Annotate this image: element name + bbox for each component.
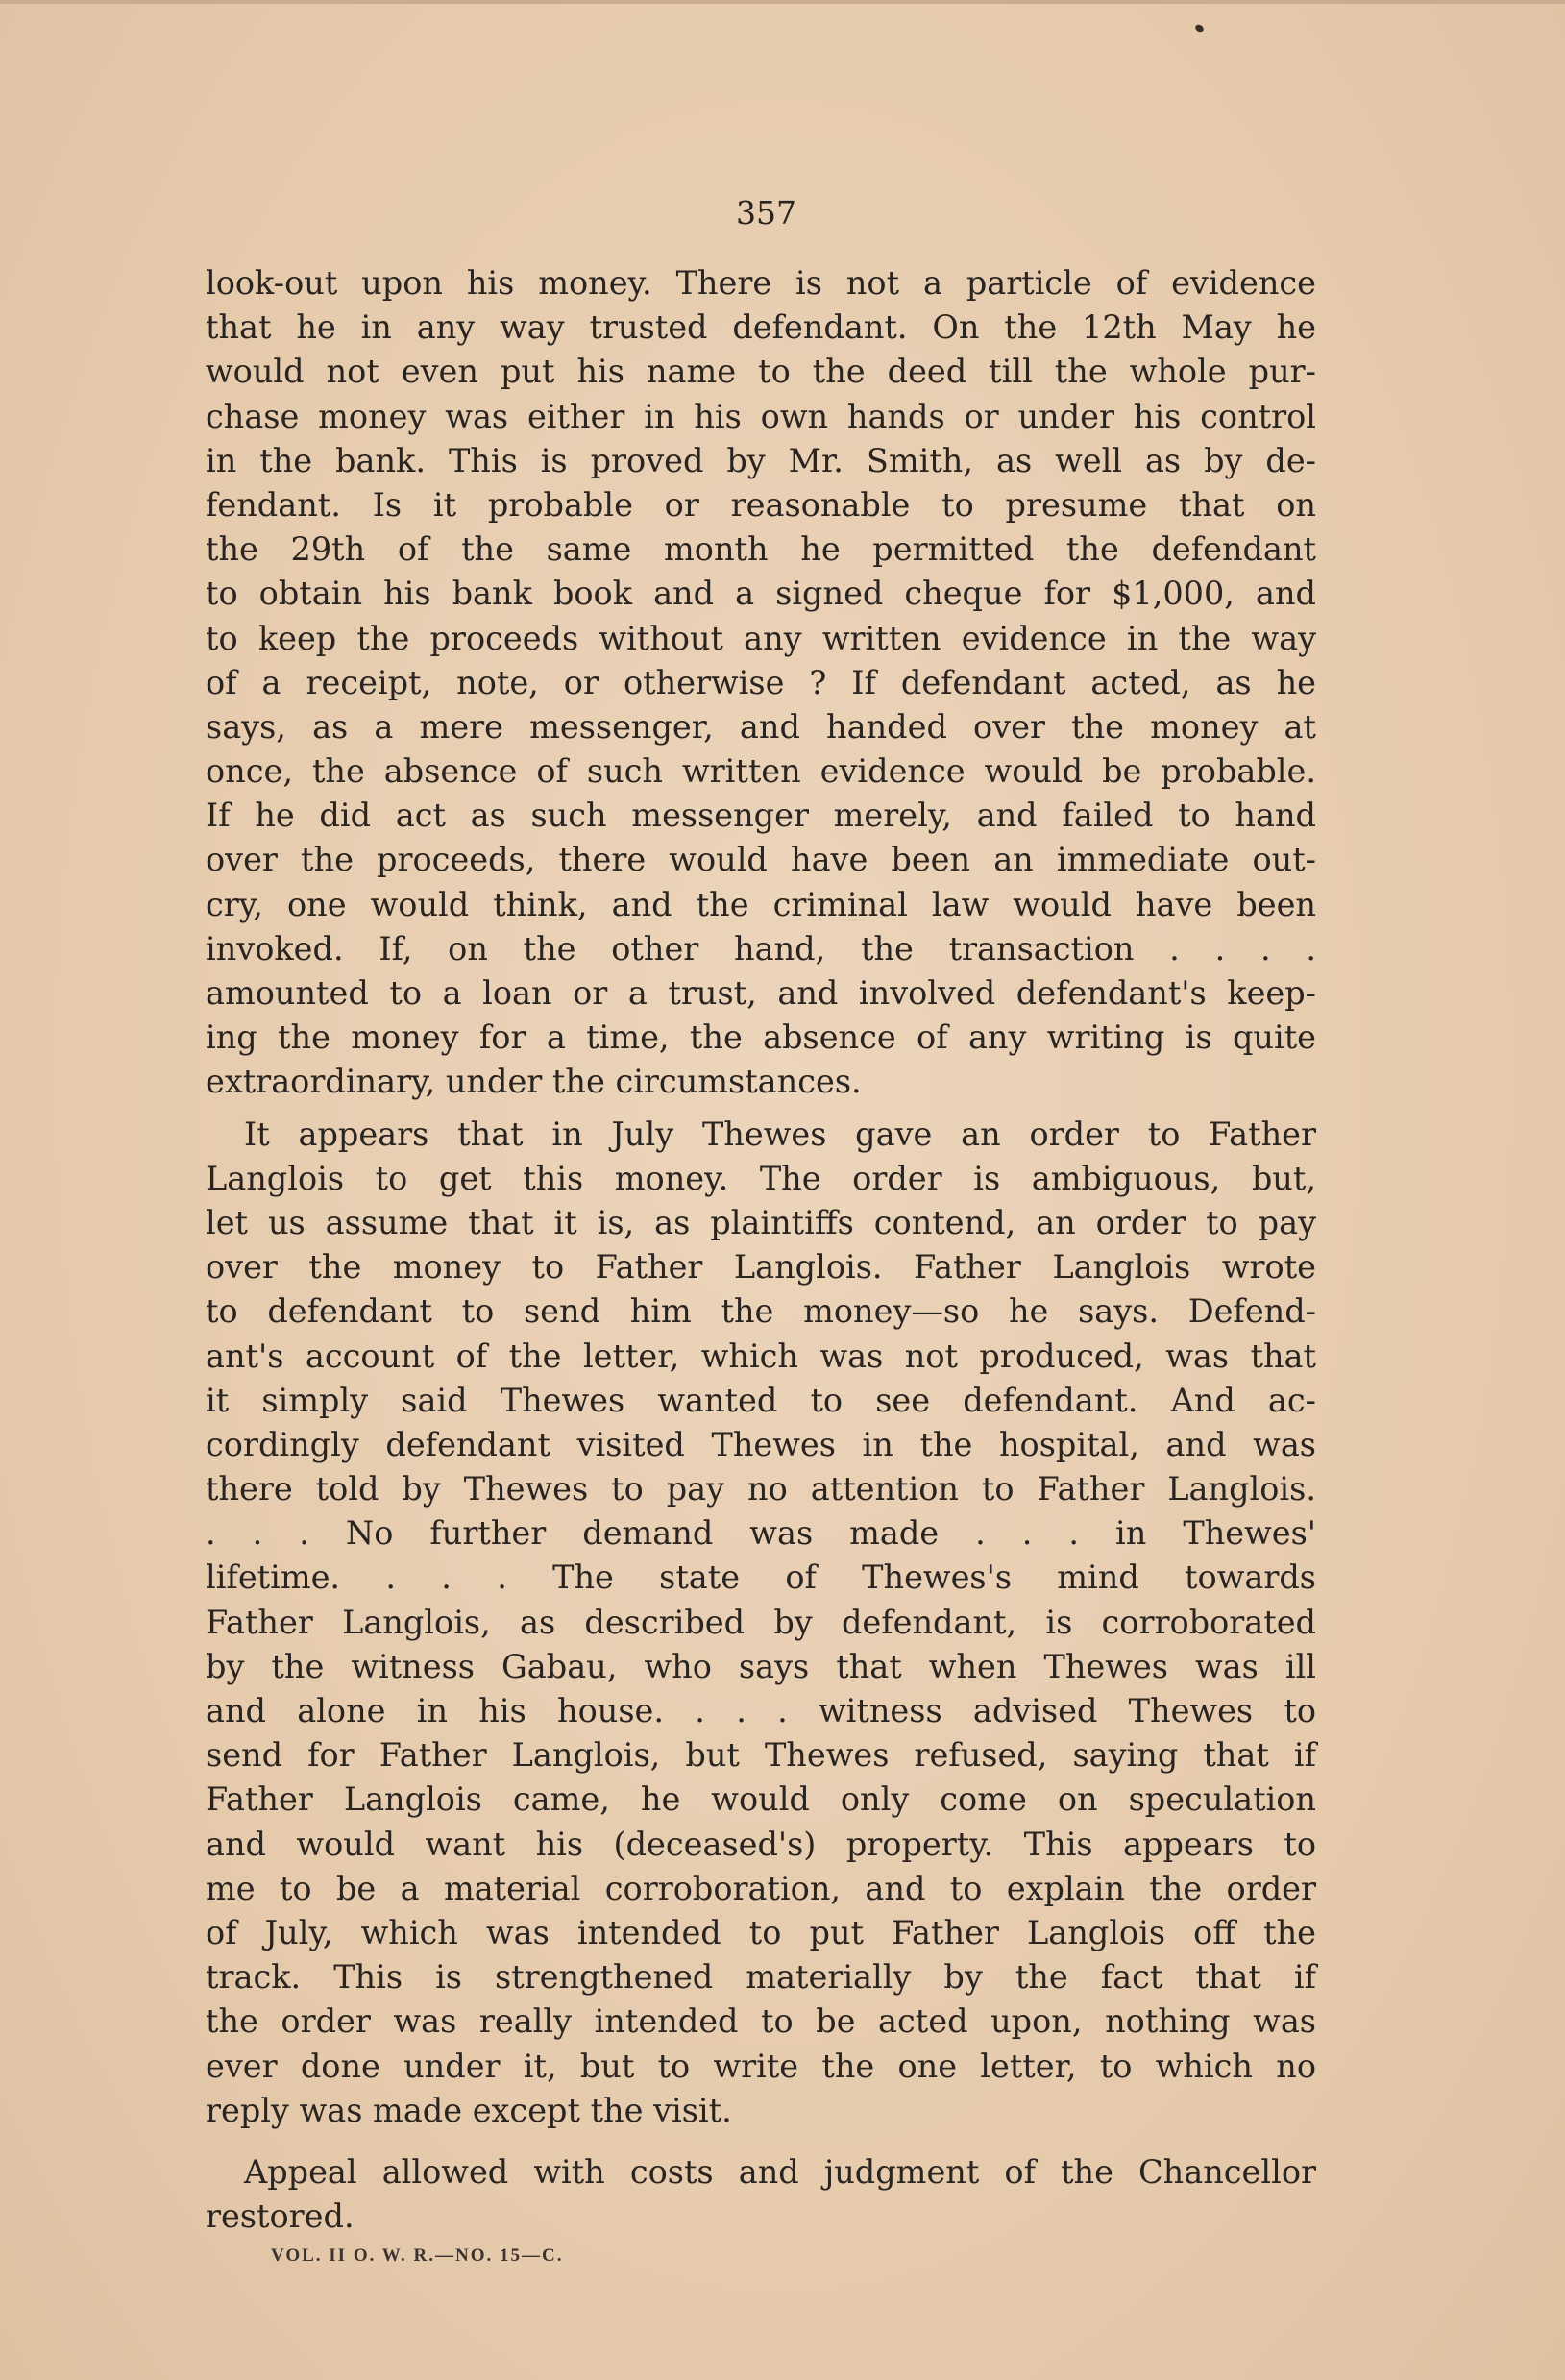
text-line: lifetime. . . . The state of Thewes's mi… (206, 1556, 1316, 1600)
text-line: ever done under it, but to write the one… (206, 2045, 1316, 2089)
text-line: Father Langlois came, he would only come… (206, 1778, 1316, 1822)
text-line: cry, one would think, and the criminal l… (206, 883, 1316, 927)
text-line: look-out upon his money. There is not a … (206, 261, 1316, 306)
ink-speck (1194, 23, 1205, 34)
text-line: amounted to a loan or a trust, and invol… (206, 971, 1316, 1016)
paragraph-2: It appears that in July Thewes gave an o… (206, 1113, 1316, 2133)
text-line: me to be a material corroboration, and t… (206, 1867, 1316, 1911)
text-line: send for Father Langlois, but Thewes ref… (206, 1733, 1316, 1778)
body-text: look-out upon his money. There is not a … (206, 261, 1316, 2239)
text-line: in the bank. This is proved by Mr. Smith… (206, 439, 1316, 483)
text-line: to defendant to send him the money—so he… (206, 1289, 1316, 1334)
text-line: that he in any way trusted defendant. On… (206, 306, 1316, 350)
text-line: . . . No further demand was made . . . i… (206, 1511, 1316, 1556)
text-line: Langlois to get this money. The order is… (206, 1157, 1316, 1201)
page-top-edge (0, 0, 1565, 4)
text-line: there told by Thewes to pay no attention… (206, 1467, 1316, 1511)
text-line: of a receipt, note, or otherwise ? If de… (206, 661, 1316, 705)
text-line: the 29th of the same month he permitted … (206, 528, 1316, 572)
text-line: chase money was either in his own hands … (206, 395, 1316, 439)
text-line: restored. (206, 2195, 1316, 2239)
text-line: fendant. Is it probable or reasonable to… (206, 483, 1316, 528)
text-line: reply was made except the visit. (206, 2089, 1316, 2133)
text-line: ant's account of the letter, which was n… (206, 1335, 1316, 1379)
text-line: extraordinary, under the circumstances. (206, 1060, 1316, 1104)
text-line: It appears that in July Thewes gave an o… (206, 1113, 1316, 1157)
text-line: ing the money for a time, the absence of… (206, 1016, 1316, 1060)
text-line: over the money to Father Langlois. Fathe… (206, 1245, 1316, 1289)
text-line: track. This is strengthened materially b… (206, 1955, 1316, 2000)
text-line: Father Langlois, as described by defenda… (206, 1601, 1316, 1645)
text-line: and would want his (deceased's) property… (206, 1823, 1316, 1867)
text-line: the order was really intended to be acte… (206, 2000, 1316, 2044)
text-line: by the witness Gabau, who says that when… (206, 1645, 1316, 1689)
text-line: and alone in his house. . . . witness ad… (206, 1689, 1316, 1733)
paragraph-1: look-out upon his money. There is not a … (206, 261, 1316, 1105)
text-line: once, the absence of such written eviden… (206, 749, 1316, 794)
text-line: to obtain his bank book and a signed che… (206, 572, 1316, 616)
text-line: of July, which was intended to put Fathe… (206, 1911, 1316, 1955)
paragraph-3: Appeal allowed with costs and judgment o… (206, 2150, 1316, 2239)
text-line: Appeal allowed with costs and judgment o… (206, 2150, 1316, 2195)
page-number: 357 (0, 194, 1532, 232)
signature-footer: VOL. II O. W. R.—NO. 15—C. (271, 2245, 563, 2267)
text-line: If he did act as such messenger merely, … (206, 794, 1316, 838)
text-line: would not even put his name to the deed … (206, 350, 1316, 394)
text-line: to keep the proceeds without any written… (206, 617, 1316, 661)
text-line: cordingly defendant visited Thewes in th… (206, 1423, 1316, 1467)
text-line: let us assume that it is, as plaintiffs … (206, 1201, 1316, 1245)
text-line: invoked. If, on the other hand, the tran… (206, 927, 1316, 971)
text-line: over the proceeds, there would have been… (206, 838, 1316, 882)
text-line: says, as a mere messenger, and handed ov… (206, 705, 1316, 749)
text-line: it simply said Thewes wanted to see defe… (206, 1379, 1316, 1423)
